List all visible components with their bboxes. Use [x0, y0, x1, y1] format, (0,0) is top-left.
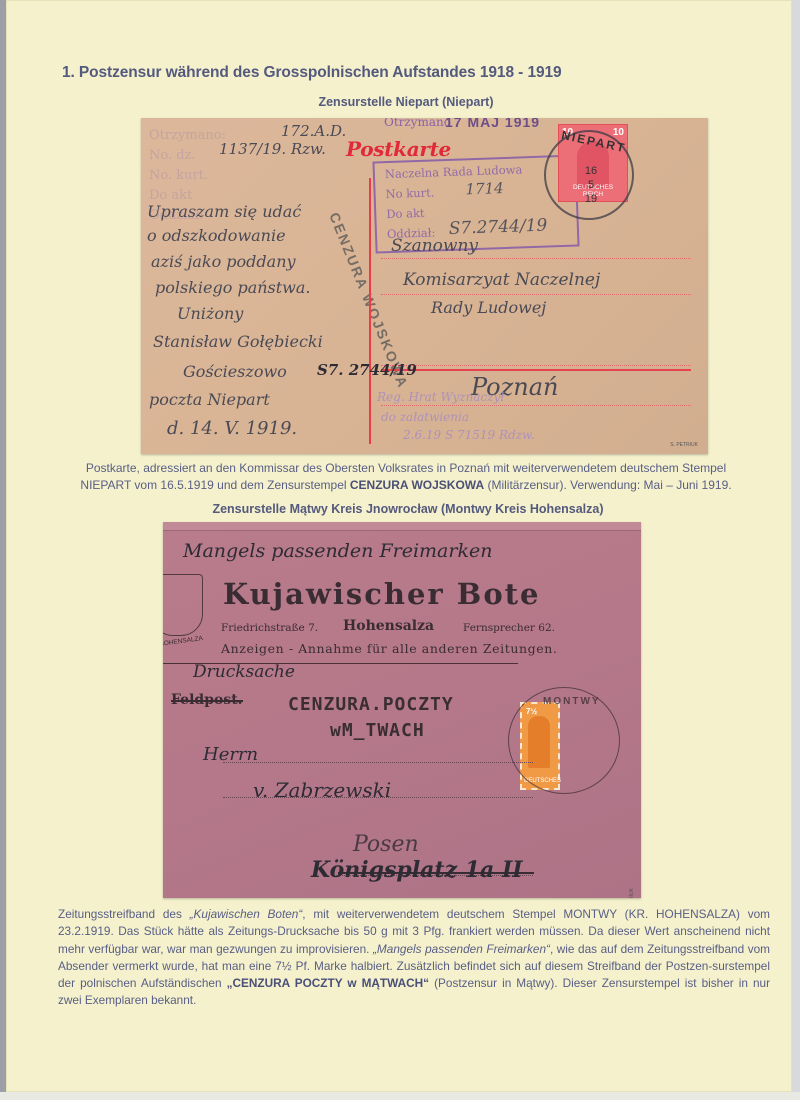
- censor-stamp-poczty: CENZURA.POCZTY wM_TWACH: [288, 692, 454, 744]
- form-label: No. dz.: [149, 146, 226, 166]
- message-line: polskiego państwa.: [155, 278, 311, 297]
- postmark-date: 16 5 19: [576, 164, 606, 206]
- message-line: d. 14. V. 1919.: [167, 418, 297, 439]
- section-title-niepart: Zensurstelle Niepart (Niepart): [156, 95, 656, 109]
- page-heading: 1. Postzensur während des Grosspolnische…: [62, 64, 562, 82]
- message-line: Upraszam się udać: [147, 202, 301, 221]
- pencil-note: Reg. Hrat Wyznaczył: [377, 390, 504, 404]
- newspaper-title: Kujawischer Bote: [223, 577, 541, 611]
- form-label: No. kurt.: [149, 166, 226, 186]
- handwritten-note: Mangels passenden Freimarken: [183, 540, 492, 562]
- printer-mark: S. PETRIUK: [670, 442, 698, 448]
- address-line-text: Königsplatz 1a II: [311, 857, 523, 883]
- address-line-text: Szanowny: [391, 236, 478, 256]
- caption-text: Zeitungsstreifband des: [58, 907, 190, 921]
- message-line: Gościeszowo: [183, 362, 287, 381]
- section-title-matwy: Zensurstelle Mątwy Kreis Jnowrocław (Mon…: [8, 502, 800, 516]
- message-line: poczta Niepart: [149, 390, 270, 409]
- hohensalza-crest-icon: [163, 574, 203, 636]
- file-reference: S7. 2744/19: [317, 361, 417, 379]
- message-line: aziś jako poddany: [151, 252, 296, 271]
- newspaper-ads: Anzeigen - Annahme für alle anderen Zeit…: [221, 641, 558, 656]
- printer-mark: S. PETRIUK: [629, 888, 635, 898]
- handwritten-form-value: 1137/19. Rzw.: [219, 140, 326, 158]
- postmark-year: 19: [576, 192, 606, 206]
- address-line-text: Herrn: [203, 744, 258, 765]
- caption-italic: „Mangels passenden Freimarken“: [373, 942, 550, 956]
- scan-edge-bottom: [0, 1092, 800, 1100]
- received-label: Otrzymano: [384, 118, 451, 129]
- crest-label: HOHENSALZA: [163, 635, 203, 648]
- handwritten-form-value: 172.A.D.: [281, 122, 346, 140]
- receipt-row-label: Do akt: [386, 206, 425, 221]
- message-line: Uniżony: [177, 304, 243, 323]
- address-line: [381, 365, 691, 366]
- handwritten-type: Drucksache: [193, 662, 295, 682]
- newspaper-street: Friedrichstraße 7.: [221, 622, 318, 634]
- pencil-note: 2.6.19 S 71519 Rdzw.: [403, 428, 535, 442]
- message-line: o odszkodowanie: [147, 226, 286, 245]
- wrapper-fold: [163, 522, 641, 531]
- pencil-note: do załatwienia: [381, 410, 469, 424]
- address-line-text: Rady Ludowej: [431, 298, 546, 317]
- received-date-stamp: 17 MAJ 1919: [445, 118, 540, 130]
- wrapper-caption: Zeitungsstreifband des „Kujawischen Bote…: [58, 906, 770, 1010]
- censor-line: CENZURA.POCZTY: [288, 692, 454, 718]
- stamp-value: 10: [613, 127, 624, 138]
- address-line: [381, 405, 691, 406]
- postmark-place: MONTWY: [543, 696, 601, 707]
- postcard-caption: Postkarte, adressiert an den Kommissar d…: [70, 460, 742, 494]
- censor-line: wM_TWACH: [330, 718, 454, 744]
- feldpost-crossed: Feldpost.: [171, 692, 243, 708]
- newspaper-phone: Fernsprecher 62.: [463, 622, 555, 634]
- address-line: [381, 294, 691, 295]
- caption-italic: „Kujawischen Boten“: [190, 907, 303, 921]
- receipt-row-value: 1714: [465, 179, 504, 198]
- caption-emphasis: CENZURA WOJSKOWA: [350, 478, 484, 492]
- divider-line: [369, 178, 371, 444]
- caption-text: (Militärzensur). Verwendung: Mai – Juni …: [484, 478, 731, 492]
- postmark-month: 5: [576, 178, 606, 192]
- address-underline: [381, 369, 691, 371]
- receipt-row-label: No kurt.: [385, 185, 434, 201]
- address-line: [381, 258, 691, 259]
- address-line-text: Komisarzyat Naczelnej: [403, 270, 600, 290]
- address-line: [223, 762, 533, 763]
- caption-emphasis: „CENZURA POCZTY w MĄTWACH“: [227, 976, 430, 990]
- message-line: Stanisław Gołębiecki: [153, 332, 323, 351]
- postcard-title: Postkarte: [346, 137, 451, 161]
- address-line-text: Posen: [353, 832, 419, 857]
- form-label: Otrzymano:: [149, 126, 226, 146]
- scan-edge-right: [792, 0, 800, 1100]
- postmark-day: 16: [576, 164, 606, 178]
- address-line-text: v. Zabrzewski: [253, 778, 391, 802]
- newspaper-wrapper-image: Mangels passenden Freimarken HOHENSALZA …: [163, 522, 641, 898]
- newspaper-city: Hohensalza: [343, 618, 434, 634]
- postcard-image: Otrzymano: No. dz. No. kurt. Do akt Oddz…: [141, 118, 708, 454]
